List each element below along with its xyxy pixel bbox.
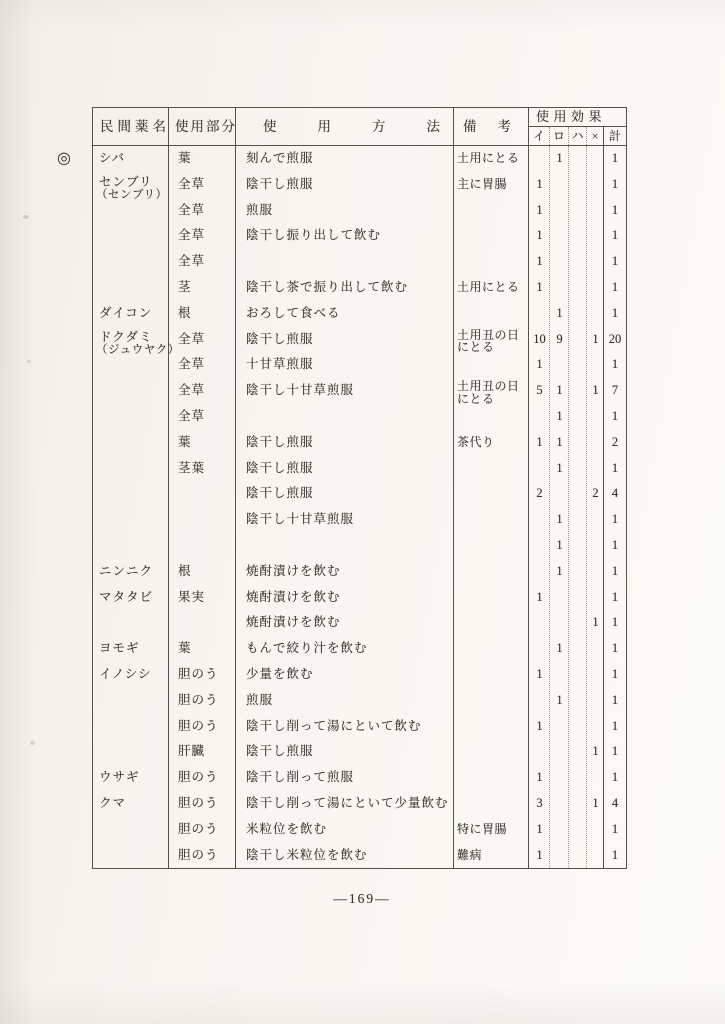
- cell-remark: 土用にとる: [454, 275, 529, 301]
- cell-effect-×: [587, 585, 604, 611]
- cell-effect-計: 4: [604, 791, 626, 817]
- cell-usage-method: 少量を飲む: [236, 662, 454, 688]
- table-row: 胆のう陰干し米粒位を飲む難病11: [93, 843, 626, 868]
- cell-effect-イ: 1: [529, 714, 550, 740]
- cell-effect-ハ: [569, 585, 587, 611]
- cell-effect-イ: 5: [529, 378, 550, 404]
- cell-remark: [454, 662, 529, 688]
- cell-medicine-name: [93, 610, 169, 636]
- cell-effect-ハ: [569, 610, 587, 636]
- table-row: 陰干し十甘草煎服11: [93, 507, 626, 533]
- cell-usage-method: 陰干し煎服: [236, 739, 454, 765]
- table-row: 全草十甘草煎服11: [93, 352, 626, 378]
- cell-effect-ハ: [569, 559, 587, 585]
- cell-effect-イ: 1: [529, 275, 550, 301]
- cell-remark: 特に胃腸: [454, 817, 529, 843]
- cell-used-part: 茎: [169, 275, 236, 301]
- cell-effect-×: [587, 172, 604, 198]
- cell-effect-ハ: [569, 249, 587, 275]
- cell-medicine-name: イノシシ: [93, 662, 169, 688]
- cell-remark: 土用丑の日 にとる: [454, 378, 529, 404]
- cell-effect-ハ: [569, 223, 587, 249]
- cell-remark: [454, 559, 529, 585]
- cell-used-part: 胆のう: [169, 688, 236, 714]
- cell-effect-ハ: [569, 765, 587, 791]
- cell-usage-method: 煎服: [236, 198, 454, 224]
- cell-effect-×: [587, 765, 604, 791]
- cell-effect-ハ: [569, 352, 587, 378]
- cell-usage-method: 陰干し煎服: [236, 481, 454, 507]
- table-row: 肝臓陰干し煎服11: [93, 739, 626, 765]
- page-number: —169—: [292, 891, 432, 907]
- cell-effect-イ: [529, 456, 550, 482]
- column-divider-dotted: [549, 146, 550, 868]
- column-divider: [528, 146, 529, 868]
- cell-effect-ハ: [569, 533, 587, 559]
- table-row: 葉陰干し煎服茶代り112: [93, 430, 626, 456]
- cell-effect-計: 1: [604, 172, 626, 198]
- ink-speck: [23, 215, 29, 219]
- cell-effect-ハ: [569, 636, 587, 662]
- header-usage-effect-group: 使用効果 イロハ×計: [529, 108, 626, 145]
- cell-used-part: 全草: [169, 223, 236, 249]
- cell-remark: 主に胃腸: [454, 172, 529, 198]
- cell-effect-ロ: [550, 481, 569, 507]
- cell-effect-イ: 1: [529, 765, 550, 791]
- table-row: 全草陰干し十甘草煎服土用丑の日 にとる5117: [93, 378, 626, 404]
- cell-effect-×: [587, 507, 604, 533]
- cell-effect-計: 1: [604, 198, 626, 224]
- cell-effect-計: 1: [604, 456, 626, 482]
- cell-effect-イ: [529, 610, 550, 636]
- header-folk-medicine-name: 民間薬名: [93, 108, 169, 145]
- cell-effect-計: 1: [604, 636, 626, 662]
- cell-medicine-name: マタタビ: [93, 585, 169, 611]
- cell-effect-ロ: [550, 223, 569, 249]
- cell-effect-ハ: [569, 301, 587, 327]
- column-divider-dotted: [586, 146, 587, 868]
- cell-effect-ロ: [550, 843, 569, 868]
- cell-usage-method: 陰干し煎服: [236, 430, 454, 456]
- cell-effect-ロ: 1: [550, 559, 569, 585]
- cell-effect-計: 1: [604, 765, 626, 791]
- cell-effect-計: 20: [604, 327, 626, 353]
- cell-usage-method: 陰干し煎服: [236, 327, 454, 353]
- cell-remark: [454, 765, 529, 791]
- cell-effect-計: 1: [604, 301, 626, 327]
- header-used-part: 使用部分: [169, 108, 236, 145]
- cell-effect-×: [587, 533, 604, 559]
- cell-effect-×: [587, 662, 604, 688]
- cell-used-part: 全草: [169, 327, 236, 353]
- cell-effect-イ: 1: [529, 430, 550, 456]
- cell-usage-method: 刻んで煎服: [236, 146, 454, 172]
- cell-effect-ロ: [550, 172, 569, 198]
- cell-effect-計: 1: [604, 662, 626, 688]
- cell-remark: [454, 352, 529, 378]
- cell-medicine-name: センブリ（センブリ）: [93, 172, 169, 198]
- cell-used-part: 全草: [169, 172, 236, 198]
- cell-remark: 茶代り: [454, 430, 529, 456]
- table-row: ダイコン根おろして食べる11: [93, 301, 626, 327]
- cell-used-part: 葉: [169, 146, 236, 172]
- table-row: 全草11: [93, 249, 626, 275]
- cell-effect-ハ: [569, 378, 587, 404]
- cell-effect-ロ: [550, 765, 569, 791]
- cell-effect-×: [587, 223, 604, 249]
- column-divider: [453, 146, 454, 868]
- table-row: 茎葉陰干し煎服11: [93, 456, 626, 482]
- cell-used-part: [169, 533, 236, 559]
- cell-effect-ハ: [569, 327, 587, 353]
- cell-remark: [454, 249, 529, 275]
- table-row: 胆のう米粒位を飲む特に胃腸11: [93, 817, 626, 843]
- cell-effect-×: [587, 817, 604, 843]
- cell-effect-ロ: 1: [550, 301, 569, 327]
- cell-usage-method: 煎服: [236, 688, 454, 714]
- cell-medicine-name: [93, 430, 169, 456]
- cell-effect-ハ: [569, 791, 587, 817]
- cell-effect-イ: 1: [529, 817, 550, 843]
- cell-used-part: 果実: [169, 585, 236, 611]
- cell-medicine-name: ヨモギ: [93, 636, 169, 662]
- cell-effect-計: 1: [604, 146, 626, 172]
- cell-effect-ハ: [569, 739, 587, 765]
- cell-medicine-name: [93, 352, 169, 378]
- cell-effect-×: [587, 636, 604, 662]
- column-divider: [235, 146, 236, 868]
- cell-effect-×: [587, 352, 604, 378]
- cell-remark: [454, 198, 529, 224]
- cell-effect-計: 1: [604, 817, 626, 843]
- cell-effect-×: [587, 559, 604, 585]
- cell-effect-ロ: 1: [550, 636, 569, 662]
- cell-effect-イ: [529, 533, 550, 559]
- cell-medicine-name: シバ: [93, 146, 169, 172]
- cell-effect-イ: [529, 636, 550, 662]
- cell-used-part: [169, 481, 236, 507]
- cell-used-part: 根: [169, 301, 236, 327]
- scanned-document-page: ◎ 民間薬名 使用部分 使用方法 備考 使用効果 イロハ×計 シバ葉刻んで煎服土…: [0, 0, 725, 1024]
- cell-effect-計: 1: [604, 688, 626, 714]
- ink-speck: [27, 360, 31, 363]
- cell-used-part: 胆のう: [169, 817, 236, 843]
- cell-effect-ロ: [550, 739, 569, 765]
- cell-used-part: 全草: [169, 198, 236, 224]
- header-remarks: 備考: [454, 108, 529, 145]
- cell-medicine-name: [93, 688, 169, 714]
- cell-effect-イ: [529, 301, 550, 327]
- table-row: 胆のう陰干し削って湯にといて飲む11: [93, 714, 626, 740]
- table-row: センブリ（センブリ）全草陰干し煎服主に胃腸11: [93, 172, 626, 198]
- cell-effect-ハ: [569, 456, 587, 482]
- cell-remark: [454, 533, 529, 559]
- table-row: 全草11: [93, 404, 626, 430]
- cell-used-part: 全草: [169, 352, 236, 378]
- cell-remark: [454, 610, 529, 636]
- cell-used-part: 全草: [169, 378, 236, 404]
- cell-usage-method: 焼酎漬けを飲む: [236, 559, 454, 585]
- cell-effect-ハ: [569, 198, 587, 224]
- cell-effect-イ: 1: [529, 249, 550, 275]
- header-effect-col-2: ハ: [569, 127, 587, 145]
- cell-effect-イ: 1: [529, 223, 550, 249]
- cell-effect-計: 1: [604, 714, 626, 740]
- cell-effect-計: 1: [604, 223, 626, 249]
- cell-effect-ロ: 9: [550, 327, 569, 353]
- table-row: 陰干し煎服224: [93, 481, 626, 507]
- cell-effect-×: 1: [587, 739, 604, 765]
- cell-effect-イ: 3: [529, 791, 550, 817]
- cell-effect-計: 1: [604, 507, 626, 533]
- cell-used-part: 根: [169, 559, 236, 585]
- table-row: 全草陰干し振り出して飲む11: [93, 223, 626, 249]
- cell-effect-ハ: [569, 688, 587, 714]
- cell-effect-ハ: [569, 817, 587, 843]
- header-usage-method: 使用方法: [236, 108, 454, 145]
- cell-effect-イ: 1: [529, 585, 550, 611]
- cell-usage-method: [236, 533, 454, 559]
- cell-usage-method: [236, 249, 454, 275]
- cell-effect-計: 2: [604, 430, 626, 456]
- column-divider: [603, 146, 604, 868]
- cell-usage-method: 陰干し煎服: [236, 456, 454, 482]
- cell-used-part: 全草: [169, 249, 236, 275]
- header-effect-col-3: ×: [587, 127, 604, 145]
- cell-medicine-name: [93, 249, 169, 275]
- header-usage-effect: 使用効果: [529, 108, 626, 127]
- cell-usage-method: 陰干し煎服: [236, 172, 454, 198]
- cell-effect-ハ: [569, 714, 587, 740]
- cell-effect-×: [587, 249, 604, 275]
- folk-medicine-table: 民間薬名 使用部分 使用方法 備考 使用効果 イロハ×計 シバ葉刻んで煎服土用に…: [92, 107, 627, 869]
- cell-medicine-name: [93, 714, 169, 740]
- cell-effect-イ: 1: [529, 172, 550, 198]
- table-header-row: 民間薬名 使用部分 使用方法 備考 使用効果 イロハ×計: [93, 108, 626, 146]
- cell-effect-×: [587, 146, 604, 172]
- cell-effect-イ: 1: [529, 662, 550, 688]
- cell-effect-イ: [529, 404, 550, 430]
- cell-effect-ハ: [569, 172, 587, 198]
- cell-effect-ロ: [550, 714, 569, 740]
- cell-remark: [454, 507, 529, 533]
- cell-effect-×: 1: [587, 610, 604, 636]
- cell-medicine-name: [93, 198, 169, 224]
- cell-used-part: 茎葉: [169, 456, 236, 482]
- cell-effect-ハ: [569, 275, 587, 301]
- cell-medicine-name: ニンニク: [93, 559, 169, 585]
- cell-effect-ロ: [550, 791, 569, 817]
- cell-effect-×: [587, 843, 604, 868]
- header-effect-col-1: ロ: [550, 127, 569, 145]
- cell-remark: [454, 223, 529, 249]
- cell-effect-×: [587, 688, 604, 714]
- column-divider-dotted: [568, 146, 569, 868]
- cell-effect-計: 1: [604, 843, 626, 868]
- cell-usage-method: 陰干し十甘草煎服: [236, 507, 454, 533]
- cell-usage-method: もんで絞り汁を飲む: [236, 636, 454, 662]
- header-effect-subcolumns: イロハ×計: [529, 127, 626, 145]
- cell-effect-ロ: [550, 817, 569, 843]
- cell-effect-イ: [529, 507, 550, 533]
- cell-remark: [454, 456, 529, 482]
- cell-usage-method: 陰干し削って湯にといて飲む: [236, 714, 454, 740]
- cell-effect-ハ: [569, 662, 587, 688]
- table-row: マタタビ果実焼酎漬けを飲む11: [93, 585, 626, 611]
- cell-effect-イ: 1: [529, 352, 550, 378]
- column-divider: [168, 146, 169, 868]
- cell-effect-計: 1: [604, 610, 626, 636]
- cell-usage-method: 十甘草煎服: [236, 352, 454, 378]
- cell-medicine-name: [93, 817, 169, 843]
- cell-used-part: 全草: [169, 404, 236, 430]
- cell-effect-ロ: 1: [550, 507, 569, 533]
- cell-remark: [454, 481, 529, 507]
- cell-medicine-name: [93, 378, 169, 404]
- cell-usage-method: 陰干し茶で振り出して飲む: [236, 275, 454, 301]
- cell-effect-×: [587, 430, 604, 456]
- cell-usage-method: 焼酎漬けを飲む: [236, 585, 454, 611]
- cell-effect-ロ: [550, 610, 569, 636]
- cell-effect-×: 1: [587, 327, 604, 353]
- cell-usage-method: 陰干し削って煎服: [236, 765, 454, 791]
- cell-effect-ロ: [550, 275, 569, 301]
- cell-medicine-name: ドクダミ（ジュウヤク）: [93, 327, 169, 353]
- cell-effect-イ: [529, 559, 550, 585]
- cell-effect-イ: [529, 739, 550, 765]
- cell-effect-イ: 10: [529, 327, 550, 353]
- cell-effect-ハ: [569, 507, 587, 533]
- cell-remark: [454, 688, 529, 714]
- cell-usage-method: 陰干し米粒位を飲む: [236, 843, 454, 868]
- cell-used-part: 胆のう: [169, 843, 236, 868]
- cell-used-part: 葉: [169, 636, 236, 662]
- cell-medicine-name: [93, 481, 169, 507]
- cell-effect-ロ: 1: [550, 404, 569, 430]
- cell-effect-ロ: [550, 585, 569, 611]
- cell-usage-method: 陰干し十甘草煎服: [236, 378, 454, 404]
- cell-effect-×: 1: [587, 378, 604, 404]
- cell-effect-ロ: [550, 352, 569, 378]
- cell-medicine-name: ウサギ: [93, 765, 169, 791]
- cell-usage-method: おろして食べる: [236, 301, 454, 327]
- cell-effect-×: [587, 198, 604, 224]
- header-effect-col-0: イ: [529, 127, 550, 145]
- cell-effect-ロ: 1: [550, 430, 569, 456]
- cell-used-part: 胆のう: [169, 791, 236, 817]
- table-row: ウサギ胆のう陰干し削って煎服11: [93, 765, 626, 791]
- table-row: シバ葉刻んで煎服土用にとる11: [93, 146, 626, 172]
- cell-effect-ロ: [550, 198, 569, 224]
- cell-medicine-name: クマ: [93, 791, 169, 817]
- cell-effect-ロ: 1: [550, 378, 569, 404]
- cell-medicine-name: [93, 223, 169, 249]
- cell-remark: [454, 301, 529, 327]
- cell-effect-計: 1: [604, 739, 626, 765]
- cell-effect-×: [587, 301, 604, 327]
- header-effect-col-4: 計: [604, 127, 626, 145]
- cell-effect-ハ: [569, 146, 587, 172]
- cell-used-part: 胆のう: [169, 662, 236, 688]
- cell-remark: [454, 404, 529, 430]
- cell-effect-イ: 1: [529, 843, 550, 868]
- cell-medicine-name: [93, 843, 169, 868]
- cell-effect-イ: 2: [529, 481, 550, 507]
- cell-remark: [454, 714, 529, 740]
- cell-remark: [454, 636, 529, 662]
- cell-used-part: 葉: [169, 430, 236, 456]
- cell-effect-計: 1: [604, 352, 626, 378]
- cell-medicine-name: [93, 456, 169, 482]
- cell-effect-計: 1: [604, 249, 626, 275]
- cell-effect-ロ: 1: [550, 688, 569, 714]
- cell-used-part: 胆のう: [169, 714, 236, 740]
- cell-effect-ロ: 1: [550, 456, 569, 482]
- cell-medicine-name: ダイコン: [93, 301, 169, 327]
- cell-effect-計: 1: [604, 275, 626, 301]
- table-row: 茎陰干し茶で振り出して飲む土用にとる11: [93, 275, 626, 301]
- cell-effect-×: 1: [587, 791, 604, 817]
- cell-effect-イ: [529, 146, 550, 172]
- table-row: ドクダミ（ジュウヤク）全草陰干し煎服土用丑の日 にとる109120: [93, 327, 626, 353]
- cell-remark: [454, 585, 529, 611]
- cell-effect-ハ: [569, 404, 587, 430]
- cell-effect-イ: 1: [529, 198, 550, 224]
- cell-effect-計: 4: [604, 481, 626, 507]
- cell-medicine-name: [93, 404, 169, 430]
- cell-used-part: 胆のう: [169, 765, 236, 791]
- cell-usage-method: 焼酎漬けを飲む: [236, 610, 454, 636]
- cell-used-part: [169, 610, 236, 636]
- table-row: 11: [93, 533, 626, 559]
- cell-medicine-name: [93, 275, 169, 301]
- table-row: ヨモギ葉もんで絞り汁を飲む11: [93, 636, 626, 662]
- cell-remark: [454, 739, 529, 765]
- cell-medicine-name: [93, 507, 169, 533]
- cell-remark: 難病: [454, 843, 529, 868]
- table-body: シバ葉刻んで煎服土用にとる11センブリ（センブリ）全草陰干し煎服主に胃腸11全草…: [93, 146, 626, 868]
- cell-effect-×: [587, 714, 604, 740]
- cell-medicine-name: [93, 739, 169, 765]
- cell-used-part: 肝臓: [169, 739, 236, 765]
- double-circle-margin-mark: ◎: [57, 148, 71, 168]
- cell-effect-ハ: [569, 843, 587, 868]
- cell-usage-method: 陰干し削って湯にといて少量飲む: [236, 791, 454, 817]
- cell-remark: [454, 791, 529, 817]
- cell-medicine-name: [93, 533, 169, 559]
- cell-effect-ロ: 1: [550, 146, 569, 172]
- table-row: 焼酎漬けを飲む11: [93, 610, 626, 636]
- cell-effect-×: [587, 404, 604, 430]
- table-row: 胆のう煎服11: [93, 688, 626, 714]
- cell-effect-ハ: [569, 430, 587, 456]
- cell-remark: 土用丑の日 にとる: [454, 327, 529, 353]
- cell-usage-method: [236, 404, 454, 430]
- cell-effect-計: 1: [604, 404, 626, 430]
- cell-usage-method: 陰干し振り出して飲む: [236, 223, 454, 249]
- cell-effect-ハ: [569, 481, 587, 507]
- cell-remark: 土用にとる: [454, 146, 529, 172]
- cell-effect-×: [587, 275, 604, 301]
- cell-effect-計: 1: [604, 585, 626, 611]
- cell-effect-計: 1: [604, 533, 626, 559]
- cell-effect-計: 1: [604, 559, 626, 585]
- table-row: 全草煎服11: [93, 198, 626, 224]
- cell-effect-ロ: [550, 662, 569, 688]
- cell-effect-計: 7: [604, 378, 626, 404]
- cell-effect-イ: [529, 688, 550, 714]
- cell-effect-×: [587, 456, 604, 482]
